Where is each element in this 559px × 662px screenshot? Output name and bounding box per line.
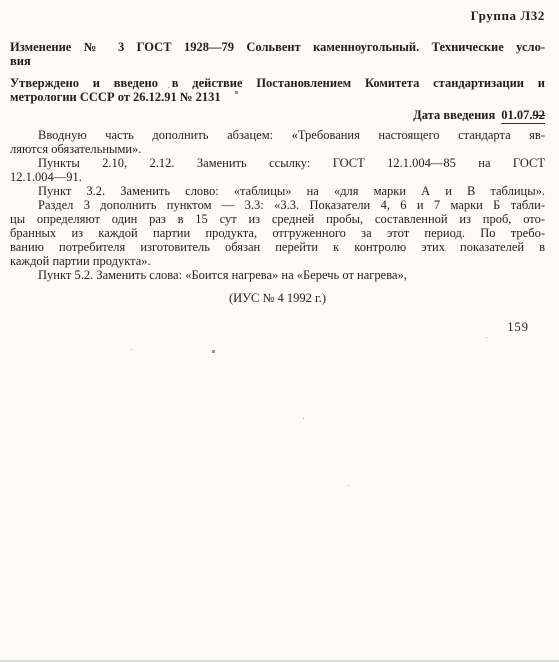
effective-date: Дата введения01.07.92 bbox=[10, 108, 545, 123]
approval-statement: Утверждено и введено в действие Постанов… bbox=[10, 76, 545, 104]
text-line: каждой партии продукта». bbox=[10, 254, 545, 268]
text-line: Пункты 2.10, 2.12. Заменить ссылку: ГОСТ… bbox=[10, 156, 545, 170]
text-line: ляются обязательными». bbox=[10, 142, 545, 156]
text-line: Раздел 3 дополнить пунктом — 3.3: «3.3. … bbox=[10, 198, 545, 212]
text-line: ванию потребителя изготовитель обязан пе… bbox=[10, 240, 545, 254]
effective-date-label: Дата введения bbox=[413, 108, 495, 122]
text-line: Пункт 3.2. Заменить слово: «таблицы» на … bbox=[10, 184, 545, 198]
text-line: 12.1.004—91. bbox=[10, 170, 545, 184]
scan-speckles bbox=[0, 0, 1, 1]
page-number: 159 bbox=[10, 320, 545, 335]
paragraph: Вводную часть дополнить абзацем: «Требов… bbox=[10, 128, 545, 156]
document-page: Группа Л32 Изменение № 3 ГОСТ 1928—79 Со… bbox=[0, 0, 559, 662]
document-title: Изменение № 3 ГОСТ 1928—79 Сольвент каме… bbox=[10, 40, 545, 68]
paragraph: Раздел 3 дополнить пунктом — 3.3: «3.3. … bbox=[10, 198, 545, 268]
text-line: цы определяют один раз в 15 сут из средн… bbox=[10, 212, 545, 226]
text-line: Пункт 5.2. Заменить слова: «Боится нагре… bbox=[10, 268, 545, 282]
effective-date-value: 01.07.92 bbox=[501, 108, 545, 124]
approval-line: метрологии СССР от 26.12.91 № 2131 bbox=[10, 90, 545, 104]
paragraph: Пункты 2.10, 2.12. Заменить ссылку: ГОСТ… bbox=[10, 156, 545, 184]
effective-date-value-main: 01.07. bbox=[501, 108, 532, 122]
approval-line: Утверждено и введено в действие Постанов… bbox=[10, 76, 545, 90]
group-label: Группа Л32 bbox=[10, 9, 545, 23]
title-line: вия bbox=[10, 54, 545, 68]
title-line: Изменение № 3 ГОСТ 1928—79 Сольвент каме… bbox=[10, 40, 545, 54]
body-paragraphs: Вводную часть дополнить абзацем: «Требов… bbox=[10, 128, 545, 282]
text-line: бранных из каждой партии продукта, отгру… bbox=[10, 226, 545, 240]
source-note: (ИУС № 4 1992 г.) bbox=[10, 291, 545, 305]
paragraph: Пункт 5.2. Заменить слова: «Боится нагре… bbox=[10, 268, 545, 282]
effective-date-value-struck: 92 bbox=[533, 108, 546, 122]
text-line: Вводную часть дополнить абзацем: «Требов… bbox=[10, 128, 545, 142]
paragraph: Пункт 3.2. Заменить слово: «таблицы» на … bbox=[10, 184, 545, 198]
